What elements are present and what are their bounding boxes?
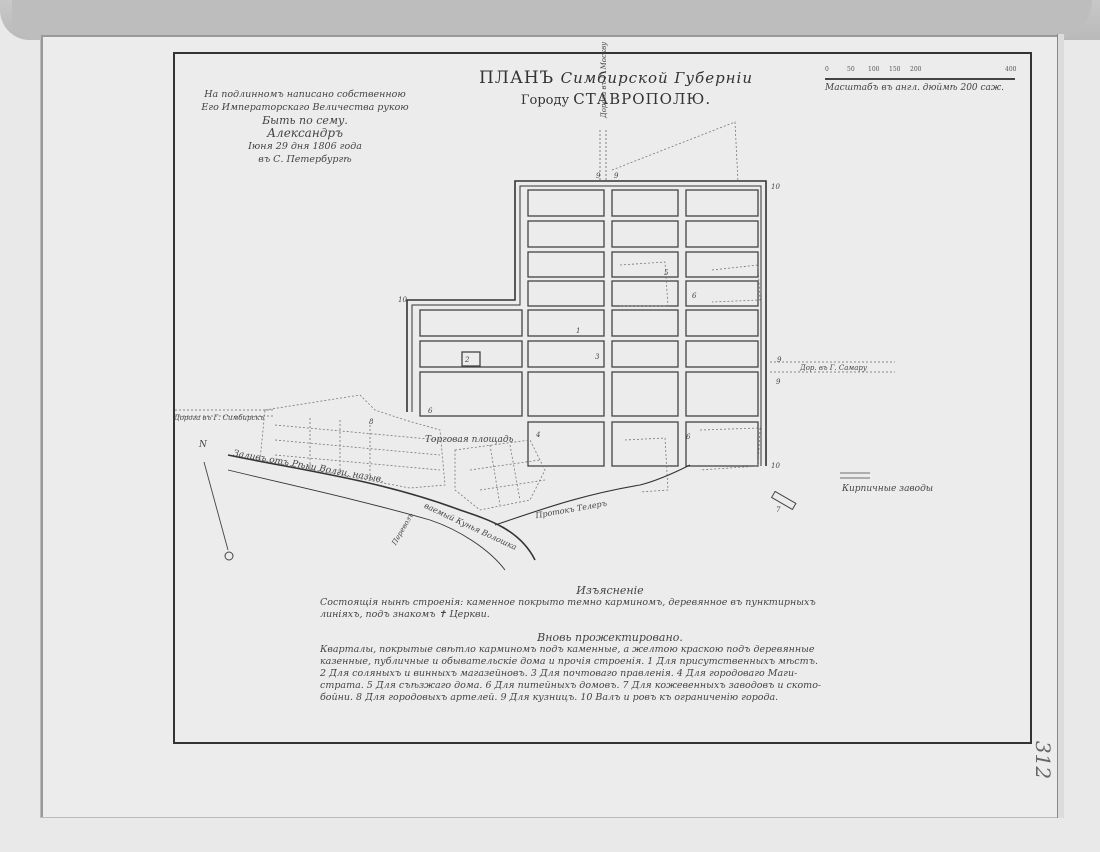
legend-line: линіяхъ, подъ знакомъ ✝ Церкви.	[320, 609, 900, 621]
legend: Изъясненіе Состоящія нынѣ строенія: каме…	[320, 584, 900, 704]
roads	[175, 130, 895, 416]
marker-10: 10	[398, 296, 407, 304]
river-volga-backwater	[228, 455, 690, 570]
compass-north: N	[199, 440, 207, 450]
marker-4: 4	[536, 431, 540, 439]
legend-line: 2 Для соляныхъ и винныхъ магазейновъ. 3 …	[320, 668, 900, 680]
marker-6: 6	[428, 407, 432, 415]
label-road-samara: Дор. въ Г. Самару	[800, 364, 867, 372]
marker-1: 1	[576, 327, 580, 335]
label-market-square: Торговая площадь	[425, 435, 514, 445]
legend-line: казенные, публичные и обывательскіе дома…	[320, 656, 900, 668]
label-road-simbirsk: Дорога въ Г. Симбирскъ	[174, 414, 264, 422]
city-blocks	[420, 190, 758, 466]
marker-6: 6	[692, 292, 696, 300]
label-brick-factories: Кирпичные заводы	[842, 484, 933, 494]
page-number: 312	[1031, 741, 1055, 779]
legend-line: страта. 5 Для съѣзжаго дома. 6 Для питей…	[320, 680, 900, 692]
marker-10: 10	[771, 183, 780, 191]
marker-9: 9	[777, 356, 781, 364]
marker-9: 9	[614, 172, 618, 180]
compass-needle	[204, 462, 233, 560]
marker-6: 6	[686, 433, 690, 441]
town-plan	[0, 0, 1100, 852]
legend-line: Состоящія нынѣ строенія: каменное покрыт…	[320, 597, 900, 609]
legend-line: бойни. 8 Для городовыхъ артелей. 9 Для к…	[320, 692, 900, 704]
legend-heading: Изъясненіе	[320, 584, 900, 597]
marker-7: 7	[776, 506, 780, 514]
marker-9: 9	[596, 172, 600, 180]
marker-3: 3	[595, 353, 599, 361]
marker-2: 2	[465, 356, 469, 364]
marker-10: 10	[771, 462, 780, 470]
marker-8: 8	[369, 418, 373, 426]
label-road-moscow: Дорога въ Г. Москву	[600, 42, 608, 118]
rampart-line	[407, 181, 766, 466]
legend-line: Кварталы, покрытые свѣтло карминомъ подъ…	[320, 644, 900, 656]
marker-9: 9	[776, 378, 780, 386]
marker-5: 5	[664, 269, 668, 277]
legend-projected-heading: Вновь прожектировано.	[320, 631, 900, 644]
